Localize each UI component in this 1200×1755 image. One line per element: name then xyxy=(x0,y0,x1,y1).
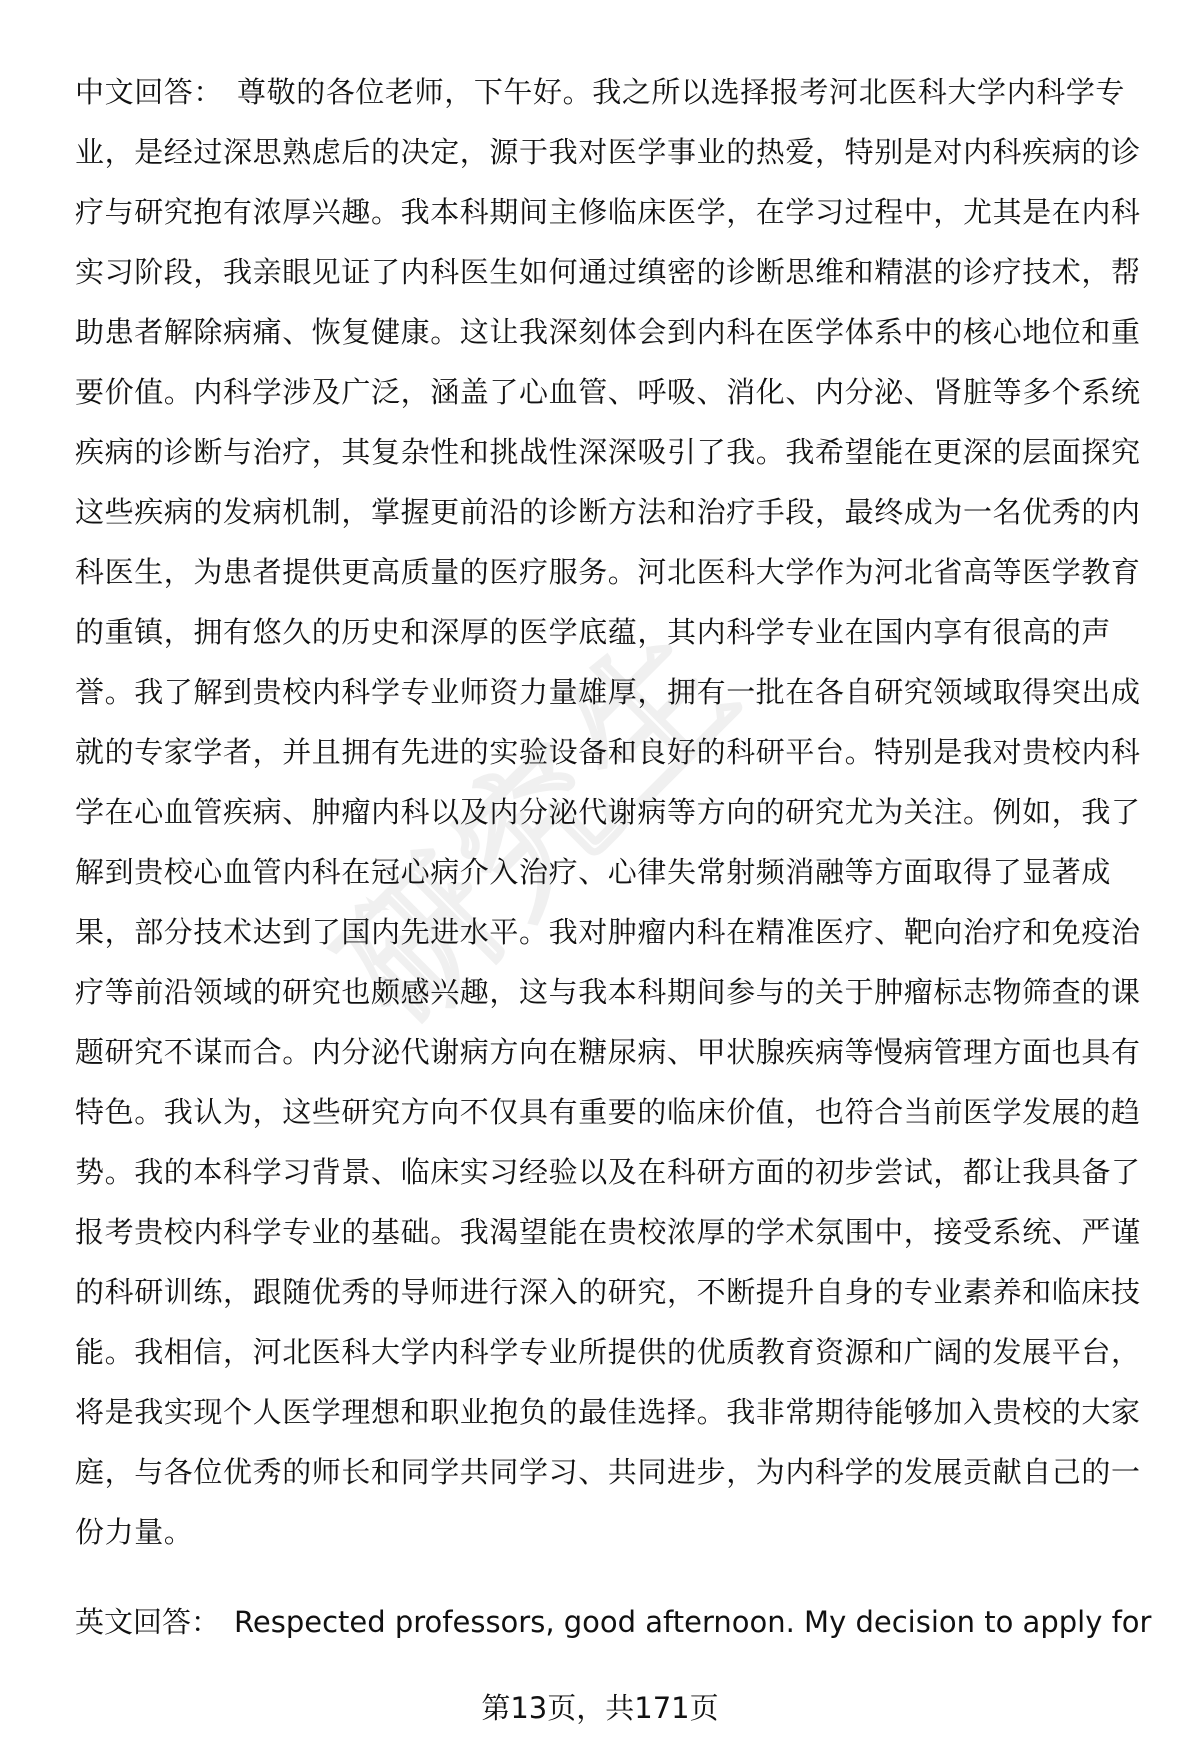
text-line: 庭，与各位优秀的师长和同学共同学习、共同进步，为内科学的发展贡献自己的一 xyxy=(75,1442,1165,1502)
text-line: 的重镇，拥有悠久的历史和深厚的医学底蕴，其内科学专业在国内享有很高的声 xyxy=(75,602,1165,662)
text-line: 解到贵校心血管内科在冠心病介入治疗、心律失常射频消融等方面取得了显著成 xyxy=(75,842,1165,902)
text-line: 势。我的本科学习背景、临床实习经验以及在科研方面的初步尝试，都让我具备了 xyxy=(75,1142,1165,1202)
document-page: 研究生 中文回答：尊敬的各位老师，下午好。我之所以选择报考河北医科大学内科学专 … xyxy=(0,0,1200,1755)
text-line: 果，部分技术达到了国内先进水平。我对肿瘤内科在精准医疗、靶向治疗和免疫治 xyxy=(75,902,1165,962)
text-line: 要价值。内科学涉及广泛，涵盖了心血管、呼吸、消化、内分泌、肾脏等多个系统 xyxy=(75,362,1165,422)
answer-body: 中文回答：尊敬的各位老师，下午好。我之所以选择报考河北医科大学内科学专 业，是经… xyxy=(75,62,1165,1652)
text-line: 疗与研究抱有浓厚兴趣。我本科期间主修临床医学，在学习过程中，尤其是在内科 xyxy=(75,182,1165,242)
chinese-answer-label: 中文回答： xyxy=(75,75,223,109)
page-footer: 第13页，共171页 xyxy=(0,1685,1200,1731)
text-line: 能。我相信，河北医科大学内科学专业所提供的优质教育资源和广阔的发展平台， xyxy=(75,1322,1165,1382)
text-line: 的科研训练，跟随优秀的导师进行深入的研究，不断提升自身的专业素养和临床技 xyxy=(75,1262,1165,1322)
english-answer-text: Respected professors, good afternoon. My… xyxy=(234,1605,1151,1639)
paragraph-gap xyxy=(75,1562,1165,1592)
text-line: 业，是经过深思熟虑后的决定，源于我对医学事业的热爱，特别是对内科疾病的诊 xyxy=(75,122,1165,182)
text-line: 题研究不谋而合。内分泌代谢病方向在糖尿病、甲状腺疾病等慢病管理方面也具有 xyxy=(75,1022,1165,1082)
text-line: 科医生，为患者提供更高质量的医疗服务。河北医科大学作为河北省高等医学教育 xyxy=(75,542,1165,602)
english-answer-label: 英文回答： xyxy=(75,1605,220,1639)
text-line: 这些疾病的发病机制，掌握更前沿的诊断方法和治疗手段，最终成为一名优秀的内 xyxy=(75,482,1165,542)
text-line: 尊敬的各位老师，下午好。我之所以选择报考河北医科大学内科学专 xyxy=(237,75,1125,109)
text-line: 就的专家学者，并且拥有先进的实验设备和良好的科研平台。特别是我对贵校内科 xyxy=(75,722,1165,782)
text-line: 实习阶段，我亲眼见证了内科医生如何通过缜密的诊断思维和精湛的诊疗技术，帮 xyxy=(75,242,1165,302)
text-line: 疾病的诊断与治疗，其复杂性和挑战性深深吸引了我。我希望能在更深的层面探究 xyxy=(75,422,1165,482)
text-line: 将是我实现个人医学理想和职业抱负的最佳选择。我非常期待能够加入贵校的大家 xyxy=(75,1382,1165,1442)
text-line: 学在心血管疾病、肿瘤内科以及内分泌代谢病等方向的研究尤为关注。例如，我了 xyxy=(75,782,1165,842)
text-line: 助患者解除病痛、恢复健康。这让我深刻体会到内科在医学体系中的核心地位和重 xyxy=(75,302,1165,362)
text-line: 誉。我了解到贵校内科学专业师资力量雄厚，拥有一批在各自研究领域取得突出成 xyxy=(75,662,1165,722)
chinese-answer-first-line: 中文回答：尊敬的各位老师，下午好。我之所以选择报考河北医科大学内科学专 xyxy=(75,62,1165,122)
text-line: 特色。我认为，这些研究方向不仅具有重要的临床价值，也符合当前医学发展的趋 xyxy=(75,1082,1165,1142)
text-line: 份力量。 xyxy=(75,1502,1165,1562)
text-line: 疗等前沿领域的研究也颇感兴趣，这与我本科期间参与的关于肿瘤标志物筛查的课 xyxy=(75,962,1165,1022)
text-line: 报考贵校内科学专业的基础。我渴望能在贵校浓厚的学术氛围中，接受系统、严谨 xyxy=(75,1202,1165,1262)
english-answer-first-line: 英文回答：Respected professors, good afternoo… xyxy=(75,1592,1165,1652)
